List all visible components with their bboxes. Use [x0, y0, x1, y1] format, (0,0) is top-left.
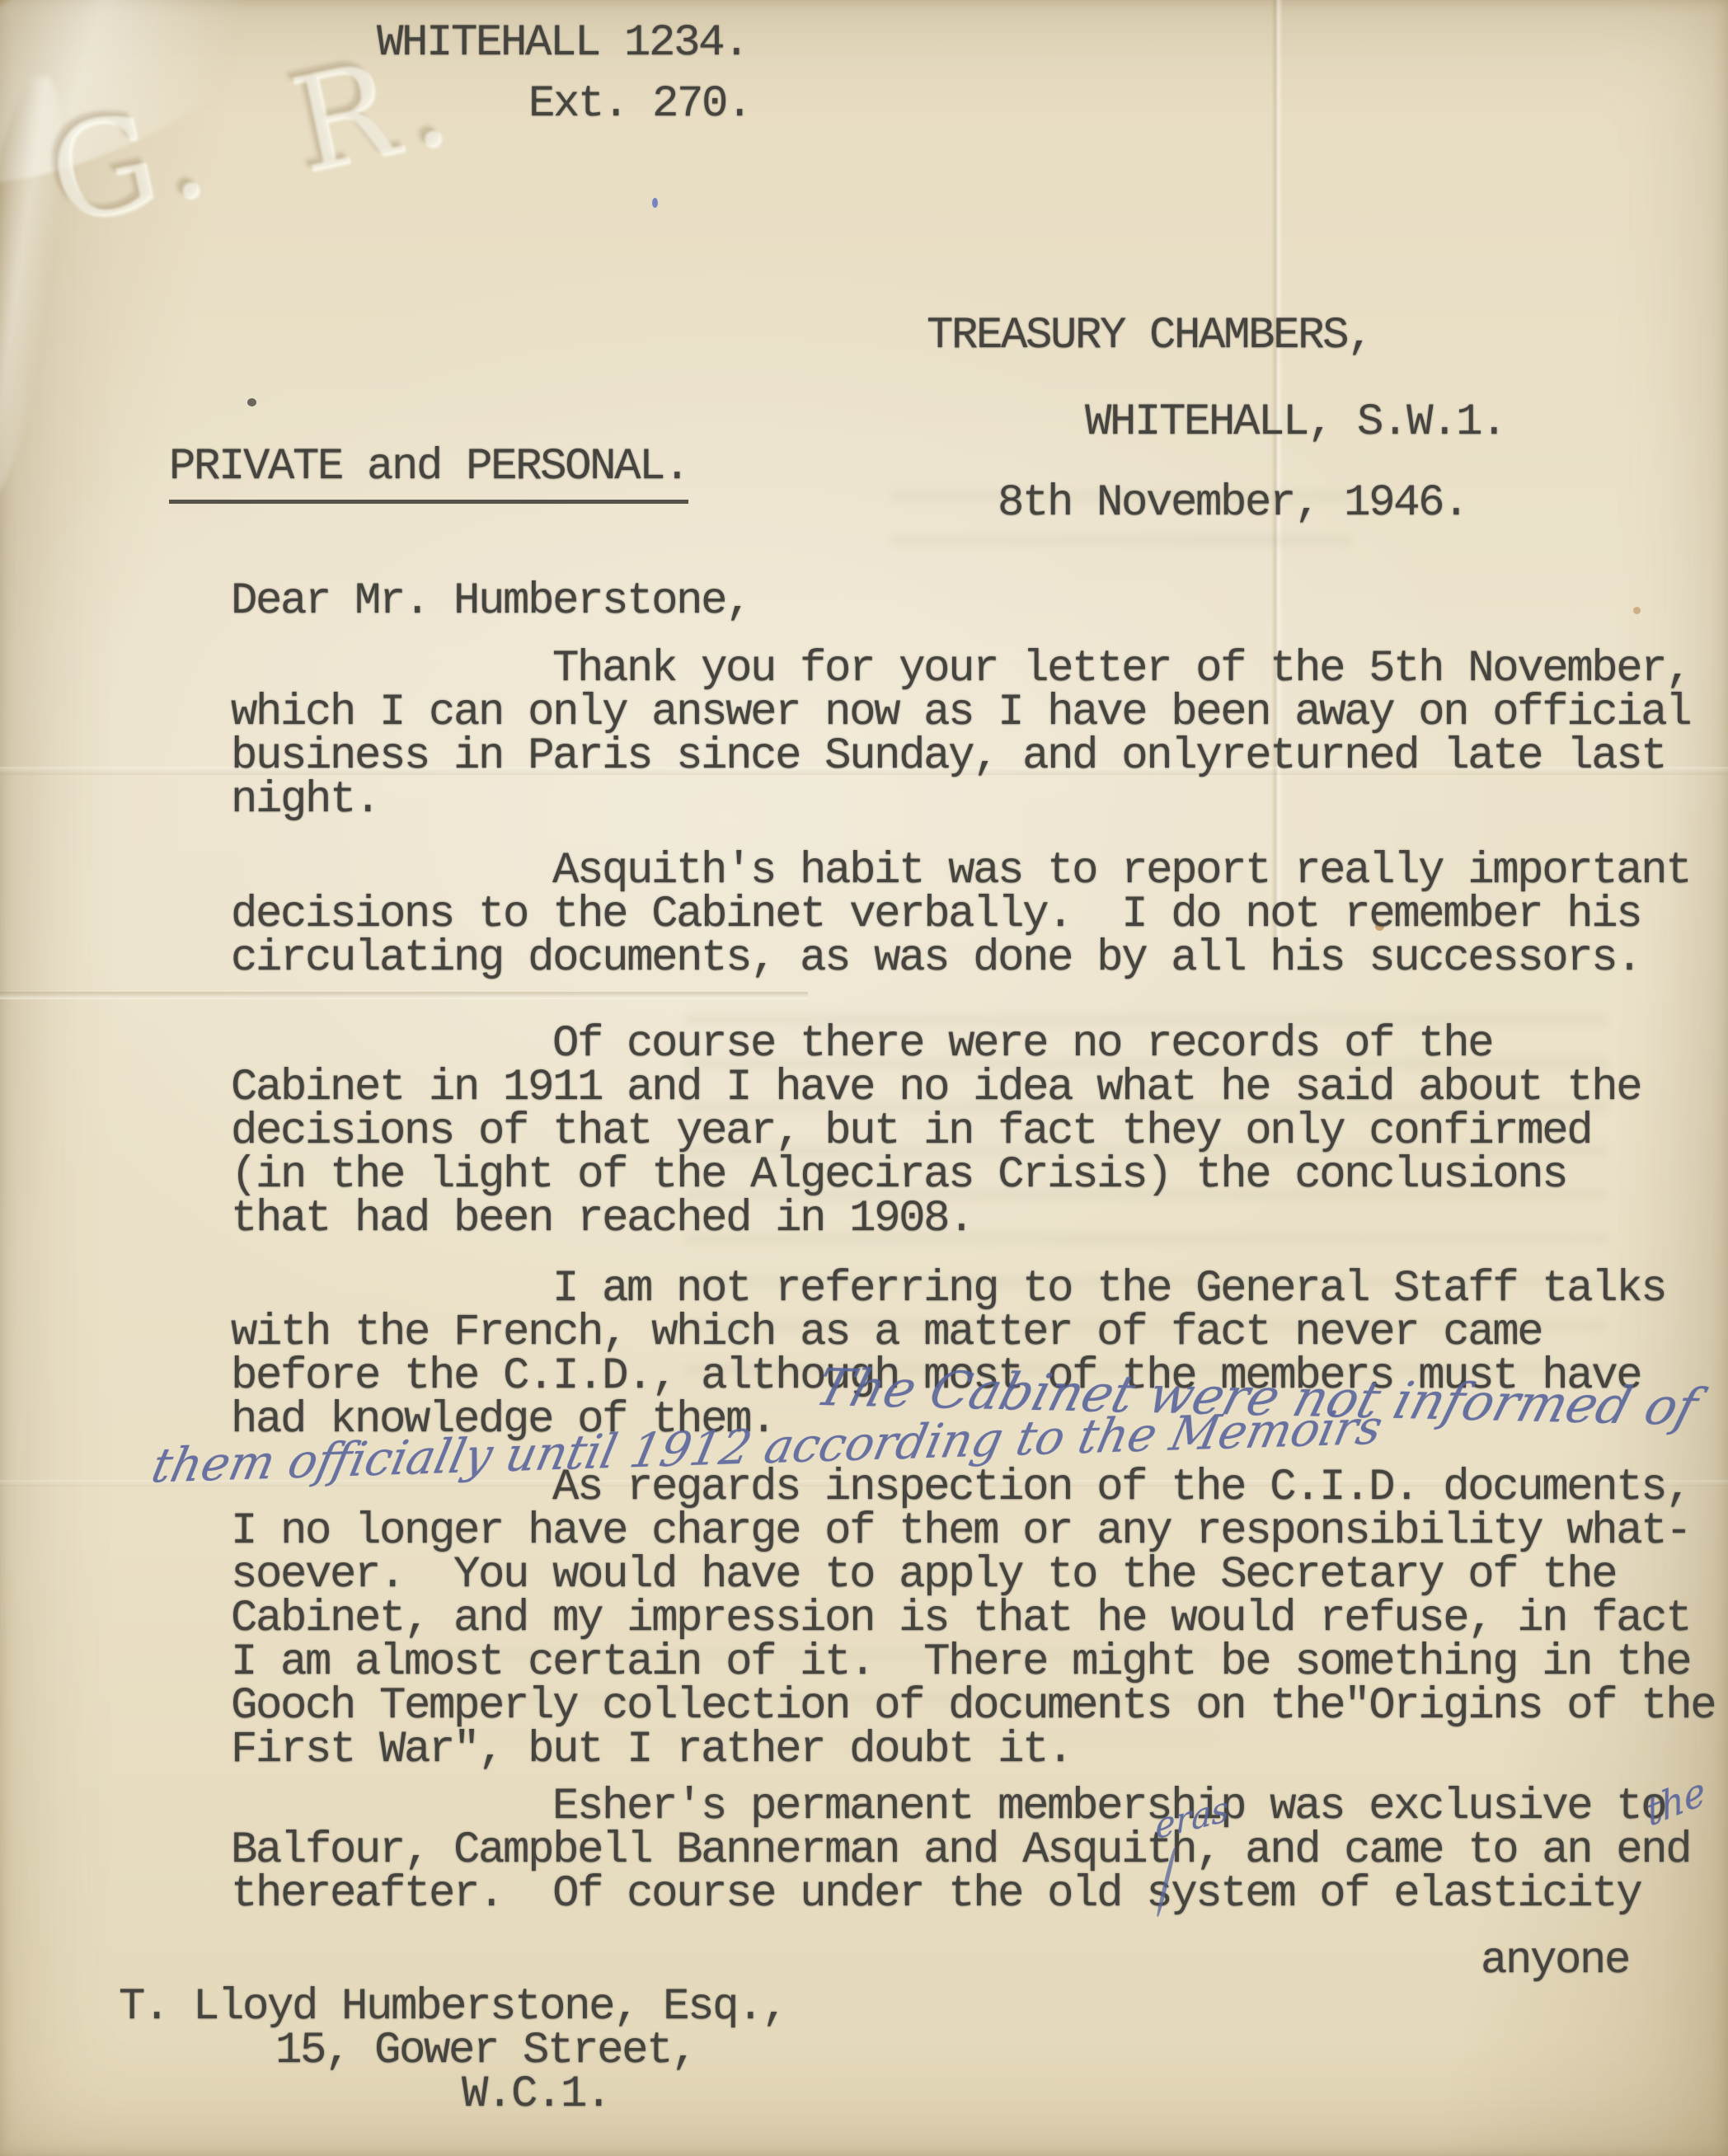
- letterhead-district: WHITEHALL, S.W.1.: [1085, 401, 1505, 444]
- body-paragraph-6: Esher's permanent membership was exclusi…: [231, 1785, 1707, 1916]
- body-paragraph-5: As regards inspection of the C.I.D. docu…: [231, 1466, 1728, 1772]
- recipient-street: 15, Gower Street,: [275, 2029, 696, 2073]
- recipient-name: T. Lloyd Humberstone, Esq.,: [119, 1985, 787, 2029]
- stray-typed-dot: [247, 398, 256, 406]
- letter-date: 8th November, 1946.: [998, 481, 1467, 525]
- catchword: anyone: [1481, 1939, 1629, 1983]
- letterhead-extension: Ext. 270.: [528, 82, 751, 126]
- privacy-label: PRIVATE and PERSONAL.: [169, 445, 688, 504]
- rust-speck: [1633, 607, 1641, 614]
- letterhead-office: TREASURY CHAMBERS,: [927, 314, 1372, 358]
- letterhead-phone: WHITEHALL 1234.: [377, 21, 748, 65]
- recipient-district: W.C.1.: [462, 2073, 610, 2116]
- salutation: Dear Mr. Humberstone,: [231, 580, 750, 623]
- horizontal-crease-middle: [0, 992, 808, 999]
- letter-page: G. R. WHITEHALL 1234. Ext. 270. TREASURY…: [0, 0, 1728, 2156]
- body-paragraph-2: Asquith's habit was to report really imp…: [231, 849, 1707, 980]
- body-paragraph-1: Thank you for your letter of the 5th Nov…: [231, 647, 1707, 822]
- ink-speck: [652, 198, 658, 208]
- body-paragraph-3: Of course there were no records of the C…: [231, 1022, 1707, 1241]
